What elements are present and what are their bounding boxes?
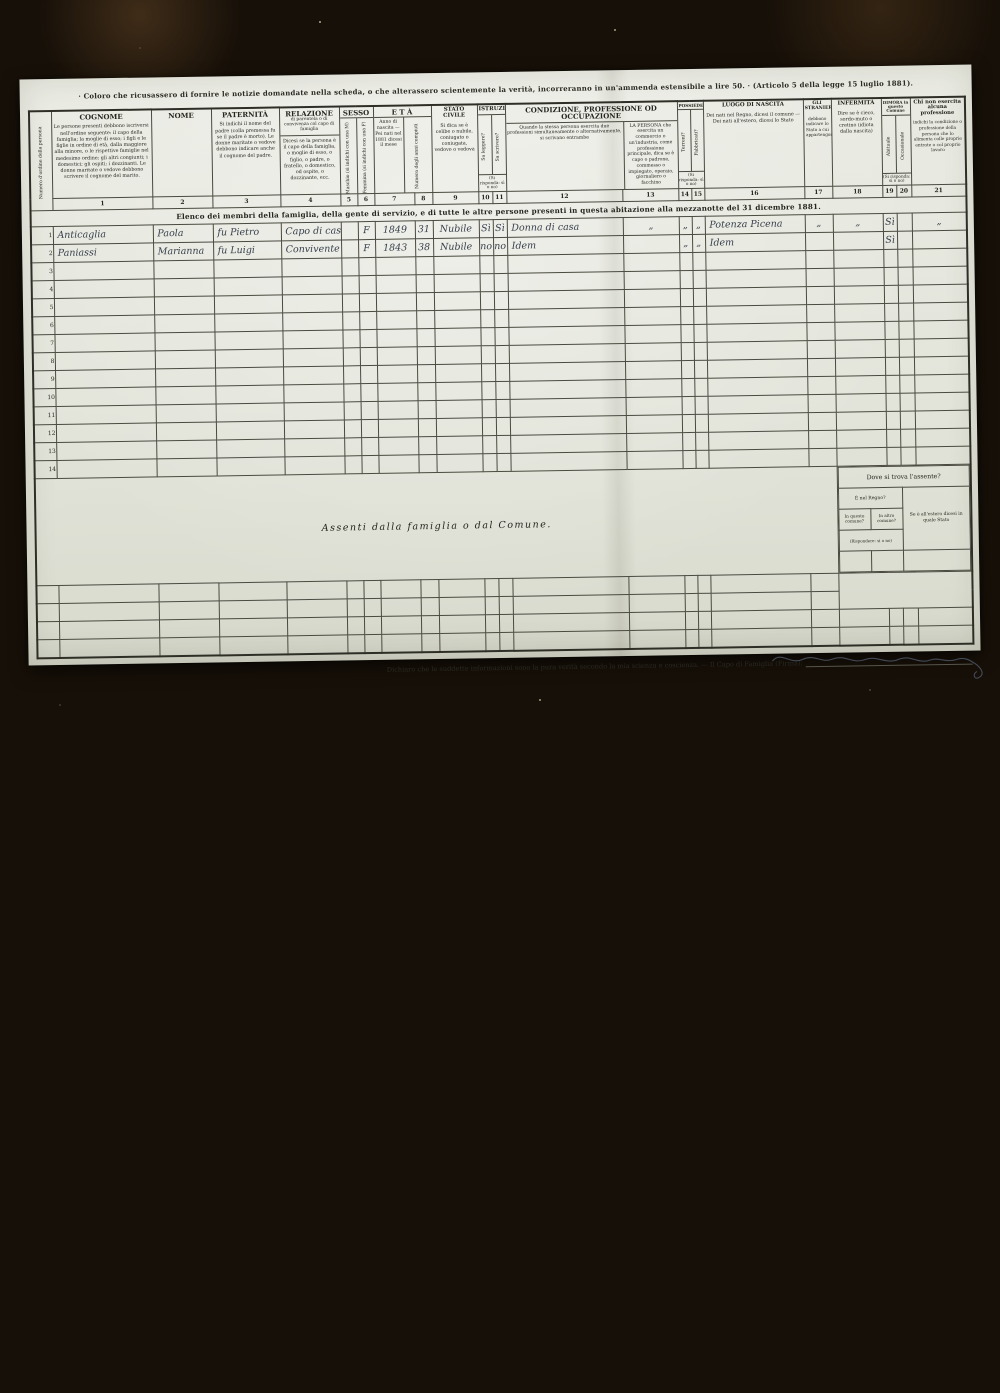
- grid-cell: [898, 321, 913, 339]
- col-num: 7: [374, 193, 414, 206]
- grid-cell: [360, 347, 377, 365]
- grid-cell: [708, 449, 808, 469]
- row-number: 14: [34, 460, 56, 478]
- grid-cell: [54, 315, 154, 335]
- grid-cell: [434, 310, 480, 329]
- grid-cell: [898, 285, 913, 303]
- assente-location-box: Dove si trova l'assente? È nel Regno? Se…: [837, 464, 973, 573]
- assenti-title-row: Assenti dalla famiglia o dal Comune. Dov…: [35, 464, 973, 586]
- grid-cell: [359, 329, 376, 347]
- assenti-cell: [685, 593, 698, 611]
- column-header-relazione: RELAZIONE di parentela o di convivenza c…: [279, 106, 340, 194]
- grid-cell: [415, 257, 433, 275]
- assenti-cell: [364, 634, 381, 652]
- grid-cell: [706, 305, 806, 325]
- col-num: 20: [896, 185, 911, 197]
- grid-cell: [480, 310, 494, 328]
- grid-cell: [344, 438, 361, 456]
- col-num: 15: [691, 188, 704, 200]
- grid-cell: [623, 235, 679, 254]
- grid-cell: [808, 430, 836, 448]
- grid-cell: Sì: [479, 220, 493, 238]
- declaration-text: Dichiaro che le suddette informazioni so…: [387, 659, 803, 674]
- assenti-cell: [439, 597, 485, 616]
- assenti-cell: [485, 597, 499, 615]
- grid-cell: [915, 410, 970, 429]
- grid-cell: [360, 383, 377, 401]
- grid-cell: [623, 253, 679, 272]
- capo-famiglia-signature: [770, 642, 1000, 680]
- grid-cell: [899, 375, 914, 393]
- grid-cell: [898, 267, 913, 285]
- column-header-sa-scrivere: Sa scrivere?: [495, 115, 501, 178]
- assenti-cell: [347, 635, 364, 653]
- assenti-cell: [37, 621, 59, 639]
- grid-cell: [343, 348, 360, 366]
- assenti-cell: [697, 575, 710, 593]
- grid-cell: [836, 411, 886, 430]
- assenti-cell: [381, 598, 421, 617]
- grid-cell: [376, 311, 416, 330]
- grid-cell: [283, 348, 343, 367]
- grid-cell: [808, 394, 836, 412]
- row-number: 12: [34, 424, 56, 442]
- grid-cell: [216, 439, 284, 458]
- grid-cell: [418, 401, 436, 419]
- grid-cell: „: [692, 234, 705, 252]
- assenti-cell: [711, 610, 811, 630]
- grid-cell: [436, 454, 482, 473]
- column-header-possiede: POSSIEDE Terreni? Fabbricati? (Si rispon…: [677, 101, 704, 189]
- grid-cell: [418, 437, 436, 455]
- grid-cell: [835, 357, 885, 376]
- assenti-cell: [159, 637, 219, 656]
- grid-cell: [154, 278, 214, 297]
- grid-cell: [625, 379, 681, 398]
- grid-cell: [681, 378, 694, 396]
- grid-cell: [692, 252, 705, 270]
- numero-ordine-label: Numero d'ordine della persona: [38, 112, 45, 211]
- grid-cell: Sì: [883, 231, 897, 249]
- assenti-cell: [346, 581, 363, 599]
- grid-cell: [496, 417, 510, 435]
- grid-cell: Donna di casa: [507, 218, 623, 238]
- grid-cell: [417, 365, 435, 383]
- grid-cell: [899, 339, 914, 357]
- grid-cell: [342, 330, 359, 348]
- grid-cell: [624, 325, 680, 344]
- grid-cell: [886, 429, 900, 447]
- col-num: 10: [478, 192, 492, 204]
- grid-cell: [679, 252, 692, 270]
- grid-cell: [884, 303, 898, 321]
- assenti-cell: [903, 608, 918, 626]
- grid-cell: [155, 368, 215, 387]
- assenti-cell: [381, 634, 421, 653]
- grid-cell: [56, 423, 156, 443]
- signature-line: [806, 653, 973, 667]
- column-header-fabbricati: Fabbricati?: [694, 110, 700, 175]
- column-header-femmina: Femmina (si indichi con una F): [362, 118, 369, 194]
- column-header-eta: E T À Anno di nascita — Pei nati nel 188…: [373, 105, 432, 193]
- grid-cell: [510, 434, 626, 454]
- grid-cell: [56, 441, 156, 461]
- grid-cell: [885, 357, 899, 375]
- grid-cell: [510, 398, 626, 418]
- grid-cell: [435, 364, 481, 383]
- grid-cell: [626, 433, 682, 452]
- grid-cell: [808, 412, 836, 430]
- grid-cell: [418, 455, 436, 473]
- assenti-cell: [628, 576, 684, 595]
- grid-cell: [913, 266, 968, 285]
- grid-cell: [886, 411, 900, 429]
- grid-cell: [481, 346, 495, 364]
- grid-cell: [708, 413, 808, 433]
- header-row: Numero d'ordine della persona COGNOME Le…: [29, 97, 966, 199]
- grid-cell: [215, 385, 283, 404]
- assenti-cell: [37, 603, 59, 621]
- assenti-section-title: Assenti dalla famiglia o dal Comune.: [35, 466, 839, 586]
- row-number: 2: [31, 245, 53, 263]
- grid-cell: [378, 437, 418, 456]
- grid-cell: [284, 402, 344, 421]
- grid-cell: [482, 418, 496, 436]
- assenti-cell: [499, 632, 513, 650]
- grid-cell: [284, 456, 344, 475]
- grid-cell: [344, 402, 361, 420]
- findbox-title: Dove si trova l'assente?: [838, 465, 970, 488]
- grid-cell: [54, 297, 154, 317]
- grid-cell: [836, 447, 886, 466]
- assenti-cell: [364, 598, 381, 616]
- grid-cell: [344, 456, 361, 474]
- grid-cell: [835, 375, 885, 394]
- assenti-cell: [36, 585, 58, 603]
- findbox-cell: [839, 551, 871, 573]
- grid-cell: Potenza Picena: [705, 215, 805, 235]
- grid-cell: [900, 447, 915, 465]
- findbox-questo-comune: In questo comune?: [838, 509, 870, 531]
- grid-cell: fu Luigi: [213, 241, 281, 260]
- grid-cell: [54, 333, 154, 353]
- grid-cell: [915, 446, 970, 465]
- grid-cell: [897, 213, 912, 231]
- grid-cell: [807, 340, 835, 358]
- col-num: 14: [678, 188, 691, 200]
- grid-cell: „: [833, 213, 883, 232]
- grid-cell: [215, 349, 283, 368]
- condizione-nota-a: Quando la stessa persona esercita due pr…: [506, 122, 624, 191]
- declaration-line: Dichiaro che le suddette informazioni so…: [37, 653, 973, 679]
- grid-cell: Nubile: [433, 238, 479, 257]
- grid-cell: [807, 376, 835, 394]
- grid-cell: [55, 351, 155, 371]
- grid-cell: [808, 448, 836, 466]
- grid-cell: [436, 400, 482, 419]
- grid-cell: [897, 231, 912, 249]
- column-header-dimora: DIMORA in questo Comune Abituale Occasio…: [881, 98, 911, 186]
- grid-cell: [834, 285, 884, 304]
- grid-cell: [884, 267, 898, 285]
- assenti-cell: [918, 607, 973, 626]
- assenti-cell: [364, 616, 381, 634]
- assenti-cell: [811, 609, 839, 627]
- grid-cell: [282, 330, 342, 349]
- row-number: 10: [33, 388, 55, 406]
- assenti-cell: [159, 619, 219, 638]
- grid-cell: [214, 331, 282, 350]
- grid-cell: [416, 293, 434, 311]
- grid-cell: [912, 230, 967, 249]
- grid-cell: 1843: [375, 239, 415, 258]
- grid-cell: [358, 257, 375, 275]
- grid-cell: [695, 432, 708, 450]
- grid-cell: [510, 416, 626, 436]
- grid-cell: [833, 249, 883, 268]
- grid-cell: [435, 346, 481, 365]
- grid-cell: Paniassi: [53, 243, 153, 263]
- assenti-cell: [810, 573, 838, 591]
- grid-cell: [494, 327, 508, 345]
- findbox-estero: Se è all'estero dicesi in quale Stato: [902, 486, 970, 550]
- assenti-cell: [513, 613, 629, 633]
- column-header-nome: NOME: [151, 109, 212, 197]
- grid-cell: [482, 454, 496, 472]
- grid-cell: [805, 250, 833, 268]
- grid-cell: [693, 324, 706, 342]
- assenti-cell: [59, 602, 159, 622]
- col-num: 13: [622, 189, 678, 202]
- column-header-luogo-nascita: LUOGO DI NASCITA Dei nati nel Regno, dic…: [703, 99, 804, 188]
- grid-cell: [624, 289, 680, 308]
- grid-cell: Capo di casa: [281, 222, 341, 241]
- grid-cell: [883, 249, 897, 267]
- grid-cell: [433, 256, 479, 275]
- grid-cell: [914, 374, 969, 393]
- grid-cell: [156, 458, 216, 477]
- grid-cell: [626, 415, 682, 434]
- grid-cell: [900, 429, 915, 447]
- col-num: 2: [152, 196, 212, 209]
- assenti-cell: [498, 578, 512, 596]
- grid-cell: [359, 275, 376, 293]
- column-header-anno-nascita: Anno di nascita — Pei nati nel 1881 dice…: [374, 118, 404, 193]
- grid-cell: [418, 419, 436, 437]
- grid-cell: [706, 323, 806, 343]
- grid-cell: [695, 450, 708, 468]
- column-header-condizione: CONDIZIONE, PROFESSIONE OD OCCUPAZIONE Q…: [505, 101, 678, 191]
- assenti-cell: [421, 633, 439, 651]
- grid-cell: [342, 276, 359, 294]
- grid-cell: [885, 339, 899, 357]
- grid-cell: [885, 375, 899, 393]
- grid-cell: [682, 450, 695, 468]
- grid-cell: [706, 287, 806, 307]
- grid-cell: [436, 436, 482, 455]
- row-number: 3: [31, 263, 53, 281]
- column-header-anni-compiuti: Numero degli anni compiuti: [414, 118, 421, 194]
- grid-cell: [496, 435, 510, 453]
- assenti-cell: [439, 615, 485, 634]
- assenti-cell: [698, 611, 711, 629]
- column-header-cognome: COGNOME Le persone presenti debbono iscr…: [51, 109, 152, 198]
- assenti-cell: [512, 577, 628, 597]
- assenti-cell: [363, 580, 380, 598]
- grid-cell: [693, 270, 706, 288]
- findbox-cell: [871, 550, 903, 572]
- grid-cell: [625, 343, 681, 362]
- grid-cell: [900, 393, 915, 411]
- grid-cell: [416, 275, 434, 293]
- grid-cell: [680, 324, 693, 342]
- column-header-occasionale: Occasionale: [900, 115, 906, 176]
- grid-cell: [378, 455, 418, 474]
- findbox-rispondere: (Rispondere: sì o no): [839, 529, 903, 551]
- grid-cell: 1849: [375, 221, 415, 240]
- assenti-cell: [484, 579, 498, 597]
- assenti-cell: [219, 636, 287, 655]
- grid-cell: F: [358, 221, 375, 239]
- grid-cell: [681, 342, 694, 360]
- grid-cell: [479, 256, 493, 274]
- assenti-cell: [421, 597, 439, 615]
- grid-cell: [156, 422, 216, 441]
- grid-cell: [284, 438, 344, 457]
- grid-cell: [495, 381, 509, 399]
- row-number: 9: [33, 370, 55, 388]
- census-sheet: · Coloro che ricusassero di fornire le n…: [19, 65, 980, 666]
- assenti-cell: [918, 625, 973, 644]
- col-num: 5: [340, 194, 357, 206]
- grid-cell: „: [679, 234, 692, 252]
- grid-cell: [886, 393, 900, 411]
- column-header-stranieri: GLI STRANIERI debbono indicare lo Stato …: [803, 99, 832, 187]
- grid-cell: [153, 260, 213, 279]
- grid-cell: [884, 285, 898, 303]
- grid-cell: [914, 338, 969, 357]
- row-number: 5: [32, 298, 54, 316]
- assenti-cell: [710, 574, 810, 594]
- assenti-cell: [684, 575, 697, 593]
- grid-cell: [342, 312, 359, 330]
- grid-cell: [216, 403, 284, 422]
- grid-cell: „: [912, 212, 967, 231]
- grid-cell: [834, 321, 884, 340]
- grid-cell: [361, 401, 378, 419]
- grid-cell: [377, 347, 417, 366]
- assenti-cell: [685, 629, 698, 647]
- grid-cell: [708, 395, 808, 415]
- grid-cell: [377, 365, 417, 384]
- grid-cell: [434, 292, 480, 311]
- grid-cell: [680, 306, 693, 324]
- assenti-cell: [629, 594, 685, 613]
- grid-cell: [913, 302, 968, 321]
- grid-cell: [624, 307, 680, 326]
- grid-cell: [509, 380, 625, 400]
- assenti-cell: [421, 615, 439, 633]
- grid-cell: [342, 294, 359, 312]
- grid-cell: [682, 414, 695, 432]
- assenti-cell: [629, 612, 685, 631]
- grid-cell: [805, 232, 833, 250]
- assenti-cell: [219, 600, 287, 619]
- assenti-cell: [889, 626, 903, 644]
- grid-cell: [341, 240, 358, 258]
- grid-cell: „: [692, 216, 705, 234]
- grid-cell: [53, 261, 153, 281]
- grid-cell: „: [805, 214, 833, 232]
- grid-cell: [680, 270, 693, 288]
- grid-cell: [708, 431, 808, 451]
- assenti-cell: [903, 626, 918, 644]
- census-table: Numero d'ordine della persona COGNOME Le…: [28, 96, 975, 659]
- grid-cell: [213, 259, 281, 278]
- assenti-cell: [698, 593, 711, 611]
- grid-cell: [55, 387, 155, 407]
- assenti-cell: [439, 633, 485, 652]
- grid-cell: [283, 384, 343, 403]
- grid-cell: [693, 306, 706, 324]
- assenti-cell: [59, 620, 159, 640]
- assenti-cell: [629, 630, 685, 649]
- grid-cell: [496, 399, 510, 417]
- grid-cell: [341, 222, 358, 240]
- grid-cell: Sì: [883, 213, 897, 231]
- assenti-cell: [380, 580, 420, 599]
- column-header-abituale: Abituale: [886, 115, 892, 176]
- grid-cell: [509, 362, 625, 382]
- grid-cell: [417, 347, 435, 365]
- grid-cell: [154, 314, 214, 333]
- grid-cell: [495, 345, 509, 363]
- assenti-cell: [698, 629, 711, 647]
- grid-cell: [375, 257, 415, 276]
- col-num: 3: [212, 195, 280, 208]
- grid-cell: [707, 377, 807, 397]
- grid-cell: [915, 392, 970, 411]
- col-num: 21: [911, 184, 966, 197]
- grid-cell: [156, 404, 216, 423]
- grid-cell: [56, 459, 156, 479]
- grid-cell: [494, 291, 508, 309]
- grid-cell: [214, 313, 282, 332]
- grid-cell: [496, 453, 510, 471]
- assenti-cell: [158, 583, 218, 602]
- grid-cell: [625, 361, 681, 380]
- grid-cell: [833, 231, 883, 250]
- col-num: 19: [882, 185, 896, 197]
- assenti-cell: [219, 618, 287, 637]
- grid-cell: F: [358, 239, 375, 257]
- row-number: 6: [32, 316, 54, 334]
- grid-cell: Idem: [705, 233, 805, 253]
- assenti-cell: [287, 599, 347, 618]
- grid-cell: Marianna: [153, 242, 213, 261]
- grid-cell: [494, 309, 508, 327]
- grid-cell: [493, 255, 507, 273]
- grid-cell: [376, 329, 416, 348]
- grid-cell: [913, 320, 968, 339]
- row-number: 4: [32, 281, 54, 299]
- grid-cell: [359, 311, 376, 329]
- grid-cell: [344, 420, 361, 438]
- grid-cell: [434, 328, 480, 347]
- grid-cell: [343, 384, 360, 402]
- grid-cell: [886, 447, 900, 465]
- grid-cell: [834, 267, 884, 286]
